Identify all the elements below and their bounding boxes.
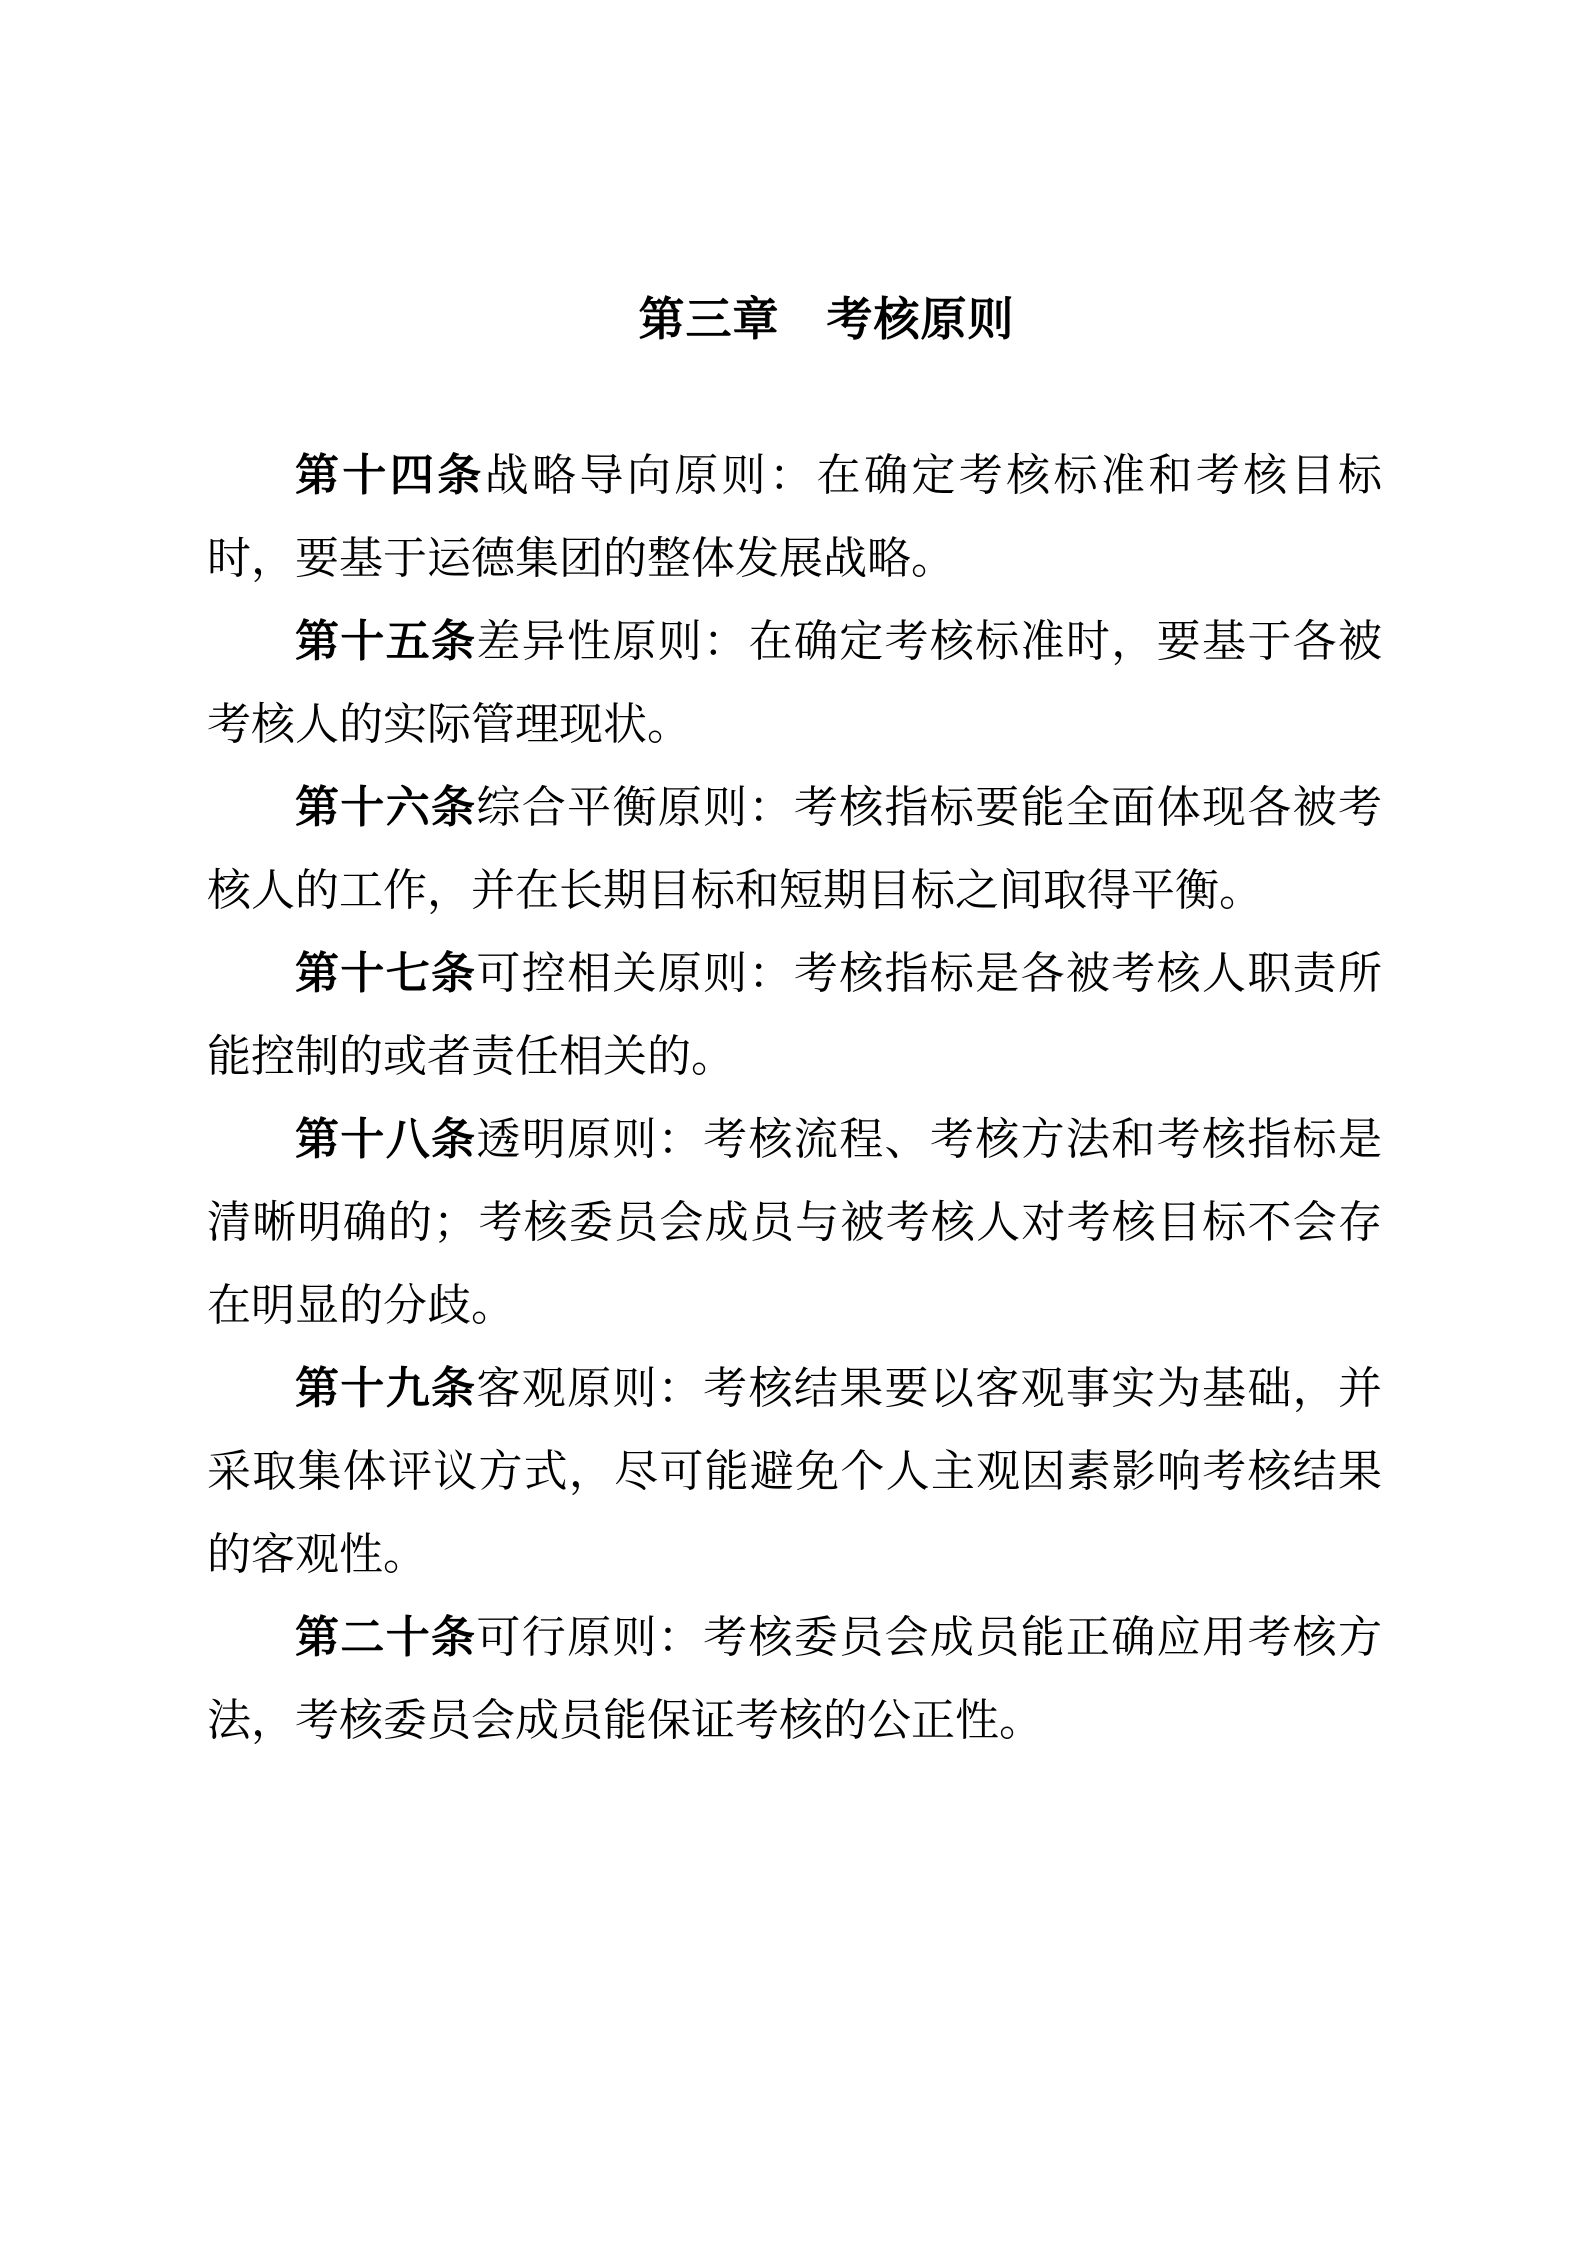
article-number: 第十四条 [295,450,485,501]
document-page: 第三章 考核原则 第十四条战略导向原则：在确定考核标准和考核目标时，要基于运德集… [0,0,1587,2245]
article-number: 第十七条 [295,948,476,999]
article-number: 第十六条 [295,782,476,833]
article-number: 第十八条 [295,1114,476,1165]
article-paragraph-19: 第十九条客观原则：考核结果要以客观事实为基础，并采取集体评议方式，尽可能避免个人… [207,1347,1382,1596]
document-content: 第三章 考核原则 第十四条战略导向原则：在确定考核标准和考核目标时，要基于运德集… [207,288,1382,1762]
article-number: 第十九条 [295,1363,476,1414]
article-paragraph-20: 第二十条可行原则：考核委员会成员能正确应用考核方法，考核委员会成员能保证考核的公… [207,1596,1382,1762]
article-paragraph-16: 第十六条综合平衡原则：考核指标要能全面体现各被考核人的工作，并在长期目标和短期目… [207,766,1382,932]
article-paragraph-15: 第十五条差异性原则：在确定考核标准时，要基于各被考核人的实际管理现状。 [207,600,1382,766]
article-paragraph-14: 第十四条战略导向原则：在确定考核标准和考核目标时，要基于运德集团的整体发展战略。 [207,434,1382,600]
article-paragraph-17: 第十七条可控相关原则：考核指标是各被考核人职责所能控制的或者责任相关的。 [207,932,1382,1098]
article-paragraph-18: 第十八条透明原则：考核流程、考核方法和考核指标是清晰明确的；考核委员会成员与被考… [207,1098,1382,1347]
chapter-title: 第三章 考核原则 [207,288,1382,350]
article-number: 第二十条 [295,1612,476,1663]
article-number: 第十五条 [295,616,476,667]
